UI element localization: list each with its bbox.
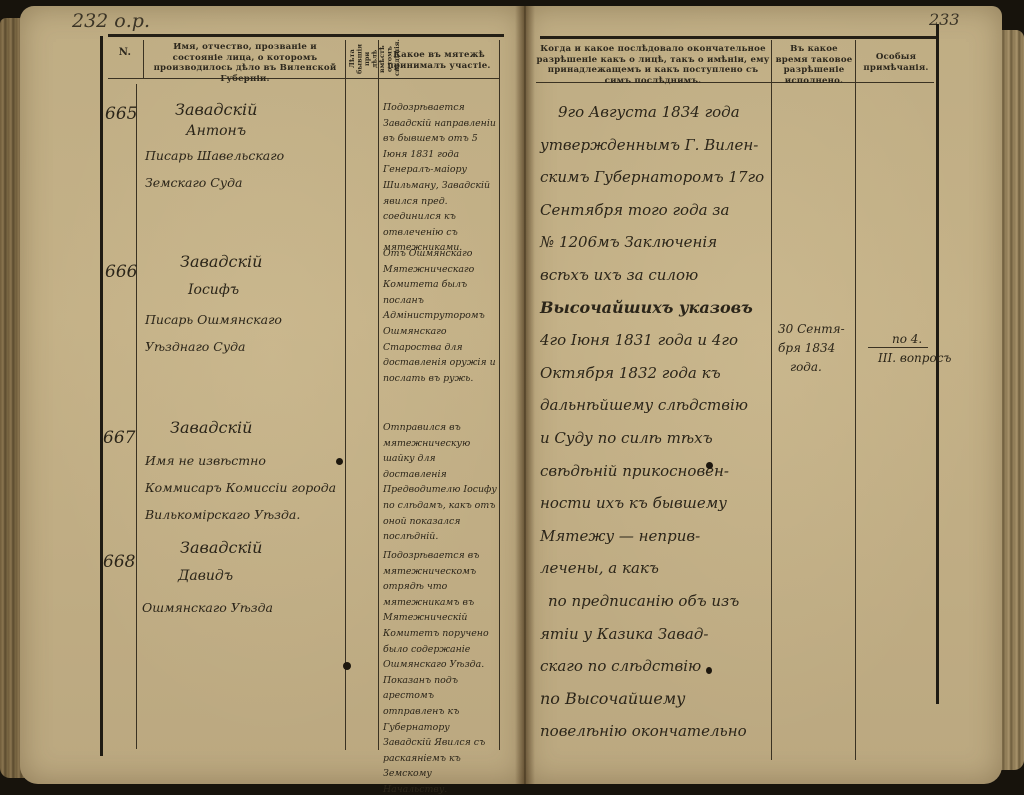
resolution-line: и Суду по силѣ тѣхъ	[540, 422, 770, 455]
resolution-line: лечены, а какъ	[540, 552, 770, 585]
document-spread: 232 о.р. 233 N. Имя, отчество, прозваніе…	[0, 0, 1024, 795]
ink-blot	[706, 667, 712, 674]
right-executed-column-rule	[855, 40, 856, 760]
resolution-line: ятіи у Казика Завад-	[540, 618, 770, 651]
resolution-text: 9го Августа 1834 года утвержденнымъ Г. В…	[540, 96, 770, 748]
record-given-name: Антонъ	[186, 123, 246, 139]
header-participation: Какое въ мятежѣ принималъ участіе.	[382, 50, 496, 71]
record-position: Писарь Шавельскаго Земскаго Суда	[145, 142, 341, 196]
record-participation: Отъ Ошмянскаго Мятежническаго Комитета б…	[383, 246, 497, 386]
record-surname: Завадскій	[170, 418, 252, 437]
right-table-top-rule	[540, 36, 937, 39]
record-surname: Завадскій	[180, 252, 262, 271]
right-page-number: 233	[929, 10, 960, 29]
left-page-number: 232 о.р.	[72, 10, 150, 32]
executed-date: 30 Сентя- бря 1834 года.	[778, 320, 852, 377]
resolution-line: ности ихъ къ бывшему	[540, 487, 770, 520]
record-participation: Подозрѣвается Завадскій направленіи въ б…	[383, 100, 497, 256]
left-table-outer-border	[100, 36, 103, 756]
ink-blot	[706, 462, 713, 469]
record-surname: Завадскій	[175, 100, 257, 119]
left-table-top-rule	[108, 34, 504, 37]
header-age: Лѣта бывшія при дѣлѣ вмѣстѣ о томъ свѣдѣ…	[349, 42, 376, 76]
executed-date-line: бря 1834	[778, 339, 852, 358]
left-age-column-rule	[378, 40, 379, 750]
resolution-line: утвержденнымъ Г. Вилен-	[540, 129, 770, 162]
record-given-name: Іосифъ	[188, 282, 239, 298]
resolution-line: 9го Августа 1834 года	[558, 96, 788, 129]
header-number: N.	[108, 48, 142, 59]
record-position: Имя не извѣстно Коммисаръ Комиссіи город…	[145, 447, 341, 528]
resolution-line: свѣдѣній прикосновен-	[540, 455, 770, 488]
header-name-status: Имя, отчество, прозваніе и состояніе лиц…	[148, 42, 342, 84]
ink-blot	[336, 458, 343, 465]
header-remarks: Особыя примѣчанія.	[858, 52, 934, 73]
record-number: 668	[103, 552, 135, 572]
left-number-column-rule	[136, 84, 137, 749]
remarks-line: ІІІ. вопросъ	[872, 349, 1012, 368]
right-resolution-column-rule	[771, 40, 772, 760]
resolution-line: Октября 1832 года къ	[540, 357, 770, 390]
record-given-name: Давидъ	[178, 568, 233, 584]
resolution-line: скимъ Губернаторомъ 17го	[540, 161, 770, 194]
resolution-line: повелѣнію окончательно	[540, 715, 770, 748]
record-participation: Подозрѣвается въ мятежническомъ отрядѣ ч…	[383, 548, 497, 795]
record-participation: Отправился въ мятежническую шайку для до…	[383, 420, 497, 545]
executed-date-line: 30 Сентя-	[778, 320, 852, 339]
resolution-line: Сентября того года за	[540, 194, 770, 227]
resolution-line: всѣхъ ихъ за силою	[540, 259, 770, 292]
record-position: Ошмянскаго Уѣзда	[142, 594, 338, 621]
executed-date-line: года.	[778, 358, 852, 377]
resolution-line: скаго по слѣдствію	[540, 650, 770, 683]
resolution-line: 4го Іюня 1831 года и 4го	[540, 324, 770, 357]
book-gutter	[515, 6, 535, 784]
ink-blot	[343, 662, 351, 670]
record-number: 667	[103, 428, 135, 448]
record-number: 666	[105, 262, 137, 282]
resolution-line: дальнѣйшему слѣдствію	[540, 389, 770, 422]
header-executed: Въ какое время таковое разрѣшеніе исполн…	[774, 44, 854, 86]
left-name-column-rule	[345, 40, 346, 750]
record-surname: Завадскій	[180, 538, 262, 557]
record-position: Писарь Ошмянскаго Уѣзднаго Суда	[145, 306, 341, 360]
remarks-fraction-rule	[868, 347, 928, 348]
resolution-line: Мятежу — неприв-	[540, 520, 770, 553]
remarks: по 4. ІІІ. вопросъ	[872, 330, 1012, 368]
resolution-line: Высочайшихъ указовъ	[540, 292, 770, 325]
resolution-line: по Высочайшему	[540, 683, 770, 716]
header-resolution: Когда и какое послѣдовало окончательное …	[536, 44, 770, 86]
resolution-line: № 1206мъ Заключенія	[540, 226, 770, 259]
record-number: 665	[105, 104, 137, 124]
left-header-divider	[143, 40, 144, 78]
left-participation-column-rule	[499, 40, 500, 750]
resolution-line: по предписанію объ изъ	[548, 585, 778, 618]
